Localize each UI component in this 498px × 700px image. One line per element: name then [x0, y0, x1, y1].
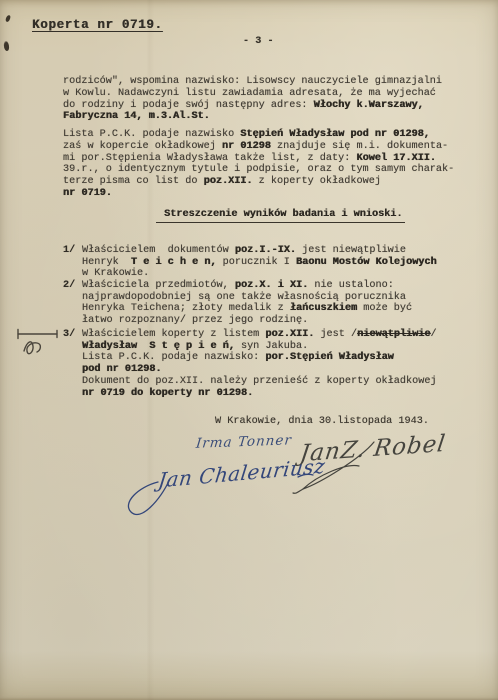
- text-run-emphasis: poz.X. i XI.: [235, 280, 308, 291]
- text-run: Właścicielem dokumentów: [82, 245, 235, 256]
- punch-mark-icon: [5, 15, 11, 23]
- signature-1: Irma Tonner: [195, 432, 292, 451]
- list-item-1: 1/ Właścicielem dokumentów poz.I.-IX. je…: [63, 245, 463, 280]
- item-text: Właścicielem dokumentów poz.I.-IX. jest …: [82, 245, 463, 280]
- signature-2: Jan Chaleuriusz: [157, 454, 327, 493]
- text-run-emphasis: nr 01298: [222, 141, 271, 152]
- text-run: Właściciela przedmiotów,: [82, 280, 235, 291]
- text-run-emphasis: nr 0719 do koperty nr 01298.: [82, 388, 253, 399]
- envelope-number-label: Koperta nr 0719.: [32, 20, 163, 32]
- text-run-emphasis: poz.I.-IX.: [235, 245, 296, 256]
- text-run-emphasis: Baonu Mostów Kolejowych: [296, 257, 437, 268]
- text-run: Właścicielem koperty z listem: [82, 329, 265, 340]
- text-run-emphasis: nr 0719.: [63, 188, 112, 199]
- text-run: porucznik I: [217, 257, 296, 268]
- margin-correction-mark: [18, 330, 57, 354]
- item-number: 1/: [63, 245, 82, 280]
- text-run: z koperty okładkowej: [253, 176, 381, 187]
- paragraph-pck-list: Lista P.C.K. podaje nazwisko Stępień Wła…: [63, 129, 463, 199]
- text-run: w Krakowie.: [82, 268, 149, 279]
- summary-heading: Streszczenie wyników badania i wnioski.: [156, 209, 405, 223]
- document-page: Koperta nr 0719. - 3 - rodziców", wspomi…: [0, 0, 498, 700]
- text-run: /: [431, 329, 437, 340]
- text-run: Dokument do poz.XII. należy przenieść z …: [82, 376, 437, 387]
- paragraph-letter-summary: rodziców", wspomina nazwisko: Lisowscy n…: [63, 76, 455, 123]
- text-run: zaś w kopercie okładkowej: [63, 141, 222, 152]
- text-run-emphasis: poz.XII.: [204, 176, 253, 187]
- punch-mark-icon: [3, 42, 10, 52]
- list-item-2: 2/ Właściciela przedmiotów, poz.X. i XI.…: [63, 280, 463, 327]
- list-item-3: 3/ Właścicielem koperty z listem poz.XII…: [63, 329, 463, 399]
- text-run-emphasis: poz.XII.: [265, 329, 314, 340]
- item-number: 2/: [63, 280, 82, 327]
- text-run-struck: niewątpliwie: [357, 329, 430, 340]
- item-text: Właściciela przedmiotów, poz.X. i XI. ni…: [82, 280, 463, 327]
- text-run-emphasis: Stępień Władysław pod nr 01298,: [240, 129, 430, 140]
- item-number: 3/: [63, 329, 82, 399]
- text-run-emphasis: łańcuszkiem: [290, 303, 357, 314]
- dateline: W Krakowie, dnia 30.listopada 1943.: [215, 416, 429, 428]
- text-run: Lista P.C.K. podaje nazwisko: [63, 129, 240, 140]
- text-run-emphasis: Władysław S t ę p i e ń,: [82, 341, 235, 352]
- text-run-emphasis: T e i c h e n,: [131, 257, 217, 268]
- text-run-emphasis: Kowel 17.XII.: [356, 153, 435, 164]
- item-text: Właścicielem koperty z listem poz.XII. j…: [82, 329, 463, 399]
- page-number: - 3 -: [243, 36, 274, 48]
- text-run: jest /: [314, 329, 357, 340]
